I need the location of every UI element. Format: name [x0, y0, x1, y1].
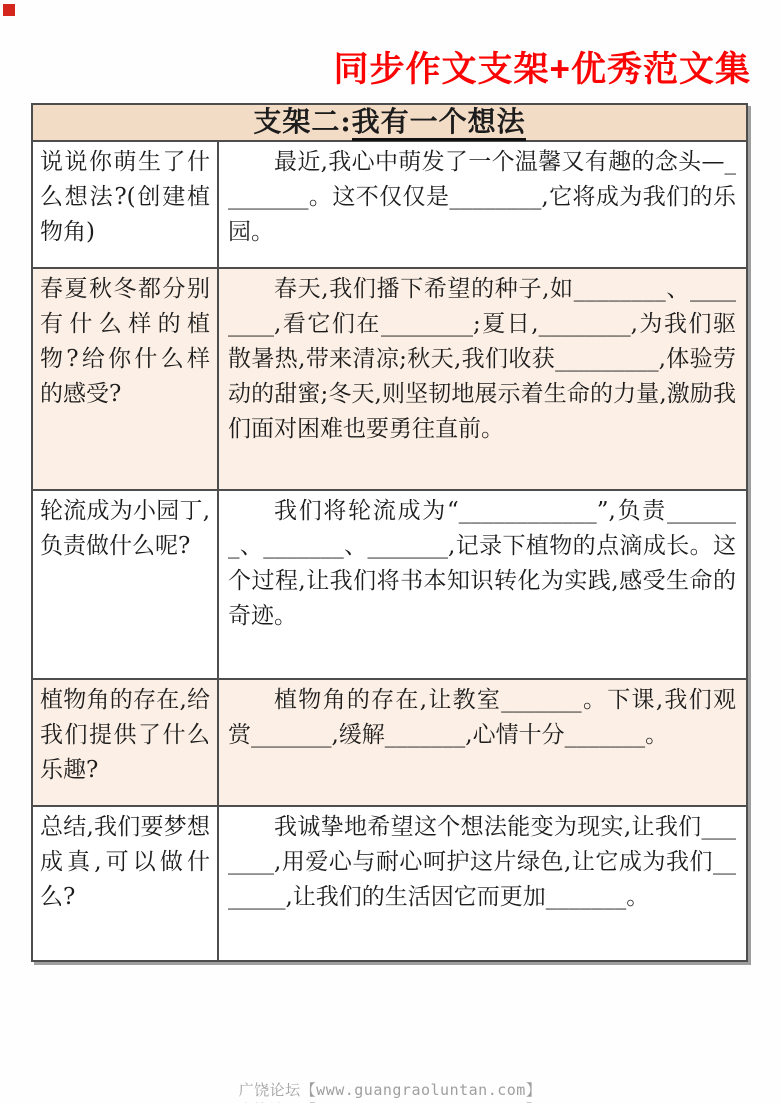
answer-text: 我诚挚地希望这个想法能变为现实,让我们_______,用爱心与耐心呵护这片绿色,… — [228, 810, 736, 915]
table-header-prefix: 支架二: — [253, 105, 351, 138]
answer-text: 植物角的存在,让教室_______。下课,我们观赏_______,缓解_____… — [228, 683, 736, 753]
page-corner-red-marker — [3, 4, 15, 16]
answer-text: 春天,我们播下希望的种子,如________、________,看它们在____… — [228, 272, 736, 447]
table-header: 支架二:我有一个想法 — [33, 105, 746, 142]
question-cell: 植物角的存在,给我们提供了什么乐趣? — [33, 680, 219, 805]
answer-cell: 我诚挚地希望这个想法能变为现实,让我们_______,用爱心与耐心呵护这片绿色,… — [219, 807, 746, 960]
answer-cell: 最近,我心中萌发了一个温馨又有趣的念头—________。这不仅仅是______… — [219, 142, 746, 267]
question-cell: 春夏秋冬都分别有什么样的植物?给你什么样的感受? — [33, 269, 219, 489]
question-cell: 轮流成为小园丁,负责做什么呢? — [33, 491, 219, 678]
footer-watermark: 广饶论坛【www.guangraoluntan.com】 — [0, 1080, 780, 1100]
table-header-topic: 我有一个想法 — [352, 105, 526, 141]
answer-text: 我们将轮流成为“____________”,负责_______、_______、… — [228, 494, 736, 634]
answer-text: 最近,我心中萌发了一个温馨又有趣的念头—________。这不仅仅是______… — [228, 145, 736, 250]
answer-cell: 植物角的存在,让教室_______。下课,我们观赏_______,缓解_____… — [219, 680, 746, 805]
worksheet-page: { "page_title": "同步作文支架+优秀范文集", "table":… — [0, 0, 780, 1103]
answer-cell: 春天,我们播下希望的种子,如________、________,看它们在____… — [219, 269, 746, 489]
table-row: 植物角的存在,给我们提供了什么乐趣? 植物角的存在,让教室_______。下课,… — [33, 680, 746, 807]
table-row: 总结,我们要梦想成真,可以做什么? 我诚挚地希望这个想法能变为现实,让我们___… — [33, 807, 746, 960]
answer-cell: 我们将轮流成为“____________”,负责_______、_______、… — [219, 491, 746, 678]
question-cell: 说说你萌生了什么想法?(创建植物角) — [33, 142, 219, 267]
question-cell: 总结,我们要梦想成真,可以做什么? — [33, 807, 219, 960]
table-row: 说说你萌生了什么想法?(创建植物角) 最近,我心中萌发了一个温馨又有趣的念头—_… — [33, 142, 746, 269]
page-title: 同步作文支架+优秀范文集 — [334, 50, 751, 90]
table-row: 春夏秋冬都分别有什么样的植物?给你什么样的感受? 春天,我们播下希望的种子,如_… — [33, 269, 746, 491]
scaffold-table: 支架二:我有一个想法 说说你萌生了什么想法?(创建植物角) 最近,我心中萌发了一… — [31, 103, 748, 962]
table-row: 轮流成为小园丁,负责做什么呢? 我们将轮流成为“____________”,负责… — [33, 491, 746, 680]
